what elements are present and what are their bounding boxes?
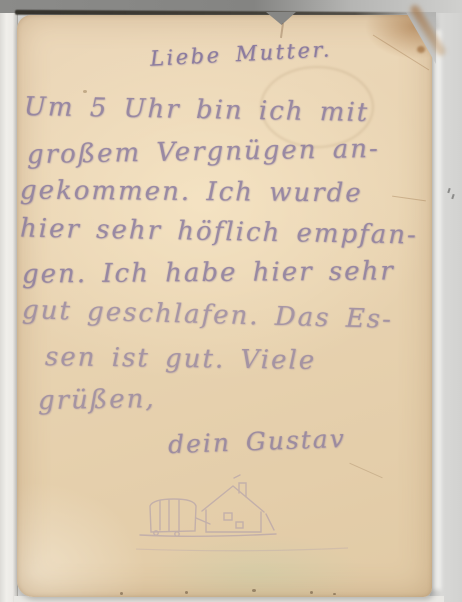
handwritten-line: gekommen. Ich wurde [20,176,363,209]
scanner-edge-highlight [432,30,441,590]
handwritten-line: großem Vergnügen an- [27,134,380,170]
paper-speck [252,589,256,592]
handwritten-line: Um 5 Uhr bin ich mit [24,92,370,128]
house-sketch [136,474,376,562]
corner-stain-dot [417,46,425,53]
postcard-scan: Liebe Mutter. Um 5 Uhr bin ich mit große… [0,0,462,602]
signature-line: dein Gustav [168,424,347,459]
paper-speck [185,591,188,594]
handwritten-line: gen. Ich habe hier sehr [22,256,395,289]
handwritten-line: sen ist gut. Viele [45,342,317,376]
handwritten-line: grüßen, [38,384,156,416]
paper-speck [120,592,123,595]
paper-speck [333,593,336,595]
paper-speck [310,591,313,594]
scanner-left-strip [0,13,18,602]
